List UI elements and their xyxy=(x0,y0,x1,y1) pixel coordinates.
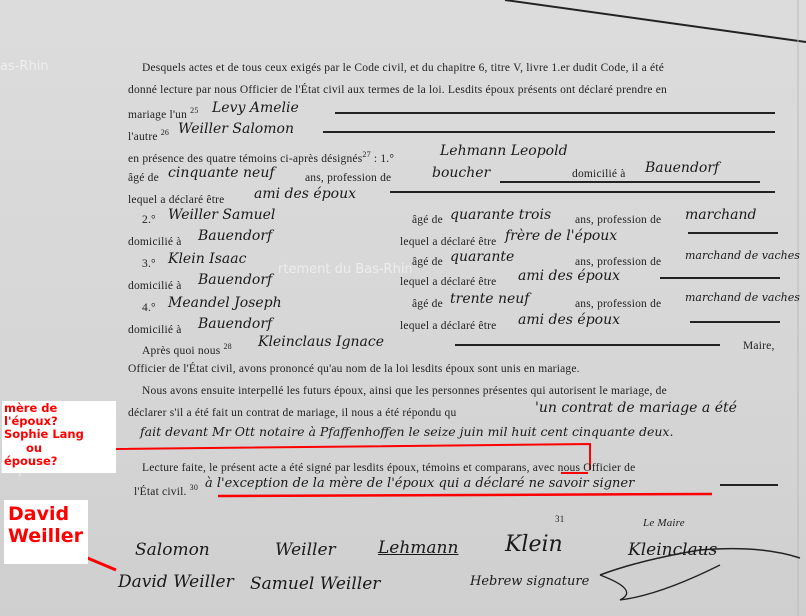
signature: Weiller xyxy=(275,540,336,560)
age-label: âgé de xyxy=(128,172,159,184)
red-underline-exception xyxy=(218,494,712,496)
signature-hebrew: Hebrew signature xyxy=(470,574,589,589)
rule xyxy=(660,277,780,279)
profession-label: ans, profession de xyxy=(305,172,391,184)
note-line: Sophie Lang xyxy=(4,428,114,441)
witness1-age: cinquante neuf xyxy=(168,165,275,181)
witness2-name: Weiller Samuel xyxy=(168,207,275,223)
rule xyxy=(690,321,780,323)
witness3-age: quarante xyxy=(450,249,514,265)
presence-label: en présence des quatre témoins ci-après … xyxy=(128,150,394,165)
mayor-name: Kleinclaus Ignace xyxy=(258,334,384,350)
witness4-name: Meandel Joseph xyxy=(168,295,282,311)
domicile-label: domicilié à xyxy=(128,324,182,336)
witness2-domicile: Bauendorf xyxy=(198,228,272,244)
apres-label: Après quoi nous 28 xyxy=(142,342,232,357)
watermark: as-Rhin xyxy=(0,59,49,74)
witness4-profession: marchand de vaches xyxy=(685,291,800,304)
witness3-domicile: Bauendorf xyxy=(198,272,272,288)
domicile-label: domicilié à xyxy=(128,280,182,292)
annotation-note-mother: mère de l'époux? Sophie Lang ou épouse? xyxy=(2,401,116,473)
rule xyxy=(500,181,760,183)
note-line: ou xyxy=(4,442,114,455)
age-label: âgé de xyxy=(412,256,443,268)
lequel-label: lequel a déclaré être xyxy=(400,236,496,248)
witness1-name: Lehmann Leopold xyxy=(440,143,568,159)
domicile-label: domicilié à xyxy=(572,168,626,180)
autre-label: l'autre 26 xyxy=(128,128,169,143)
witness1-relation: ami des époux xyxy=(254,186,356,202)
rule xyxy=(455,344,720,346)
witness4-relation: ami des époux xyxy=(518,312,620,328)
le-maire-label: Le Maire xyxy=(643,517,685,529)
profession-label: ans, profession de xyxy=(575,214,661,226)
rule xyxy=(323,131,775,133)
witness-number: 2.° xyxy=(142,214,156,226)
text-line: déclarer s'il a été fait un contrat de m… xyxy=(128,407,456,419)
spouse2-name: Weiller Salomon xyxy=(178,121,294,137)
witness-number: 3.° xyxy=(142,258,156,270)
text-line: Desquels actes et de tous ceux exigés pa… xyxy=(142,62,664,74)
note-line: épouse? xyxy=(4,455,114,468)
rule xyxy=(390,191,775,193)
note-line: David xyxy=(8,504,84,526)
witness3-name: Klein Isaac xyxy=(168,251,246,267)
witness3-relation: ami des époux xyxy=(518,268,620,284)
lequel-label: lequel a déclaré être xyxy=(128,194,224,206)
witness2-relation: frère de l'époux xyxy=(505,228,617,244)
text-line: donné lecture par nous Officier de l'Éta… xyxy=(128,84,667,96)
signature: Klein xyxy=(505,532,563,557)
signature-number: 31 xyxy=(555,514,564,524)
scanned-marriage-record: as-Rhin rtement du Bas-Rhin Départem Des… xyxy=(0,0,806,616)
watermark: rtement du Bas-Rhin xyxy=(278,262,413,277)
note-line: Weiller xyxy=(8,526,84,548)
witness1-domicile: Bauendorf xyxy=(645,160,719,176)
spouse1-name: Levy Amelie xyxy=(212,100,299,116)
maire-label: Maire, xyxy=(743,340,775,352)
text-line: Lecture faite, le présent acte a été sig… xyxy=(142,462,635,474)
mariage-label: mariage l'un 25 xyxy=(128,106,199,121)
text-line: Nous avons ensuite interpellé les futurs… xyxy=(142,385,667,397)
lequel-label: lequel a déclaré être xyxy=(400,276,496,288)
rule xyxy=(688,232,778,234)
signature: Samuel Weiller xyxy=(250,574,380,594)
age-label: âgé de xyxy=(412,214,443,226)
annotation-note-david-weiller: David Weiller xyxy=(4,500,88,564)
exception-handwriting: à l'exception de la mère de l'époux qui … xyxy=(205,476,634,491)
profession-label: ans, profession de xyxy=(575,298,661,310)
witness1-profession: boucher xyxy=(432,165,490,181)
age-label: âgé de xyxy=(412,298,443,310)
witness4-domicile: Bauendorf xyxy=(198,316,272,332)
witness2-age: quarante trois xyxy=(450,207,551,223)
signature: Salomon xyxy=(135,540,210,560)
rule xyxy=(335,112,775,114)
signature: Lehmann xyxy=(378,538,458,558)
text-line: Officier de l'État civil, avons prononcé… xyxy=(128,363,580,375)
etat-label: l'État civil. 30 xyxy=(134,483,198,498)
signature-david-weiller: David Weiller xyxy=(118,572,234,592)
domicile-label: domicilié à xyxy=(128,236,182,248)
lequel-label: lequel a déclaré être xyxy=(400,320,496,332)
witness3-profession: marchand de vaches xyxy=(685,249,800,262)
contract-handwriting-1: 'un contrat de mariage a été xyxy=(535,400,737,416)
witness2-profession: marchand xyxy=(685,207,757,223)
profession-label: ans, profession de xyxy=(575,256,661,268)
rule xyxy=(720,484,778,486)
witness-number: 4.° xyxy=(142,302,156,314)
contract-handwriting-2: fait devant Mr Ott notaire à Pfaffenhoff… xyxy=(140,424,673,439)
note-line: mère de l'époux? xyxy=(4,402,114,428)
mayor-signature: Kleinclaus xyxy=(628,540,717,560)
witness4-age: trente neuf xyxy=(450,291,529,307)
